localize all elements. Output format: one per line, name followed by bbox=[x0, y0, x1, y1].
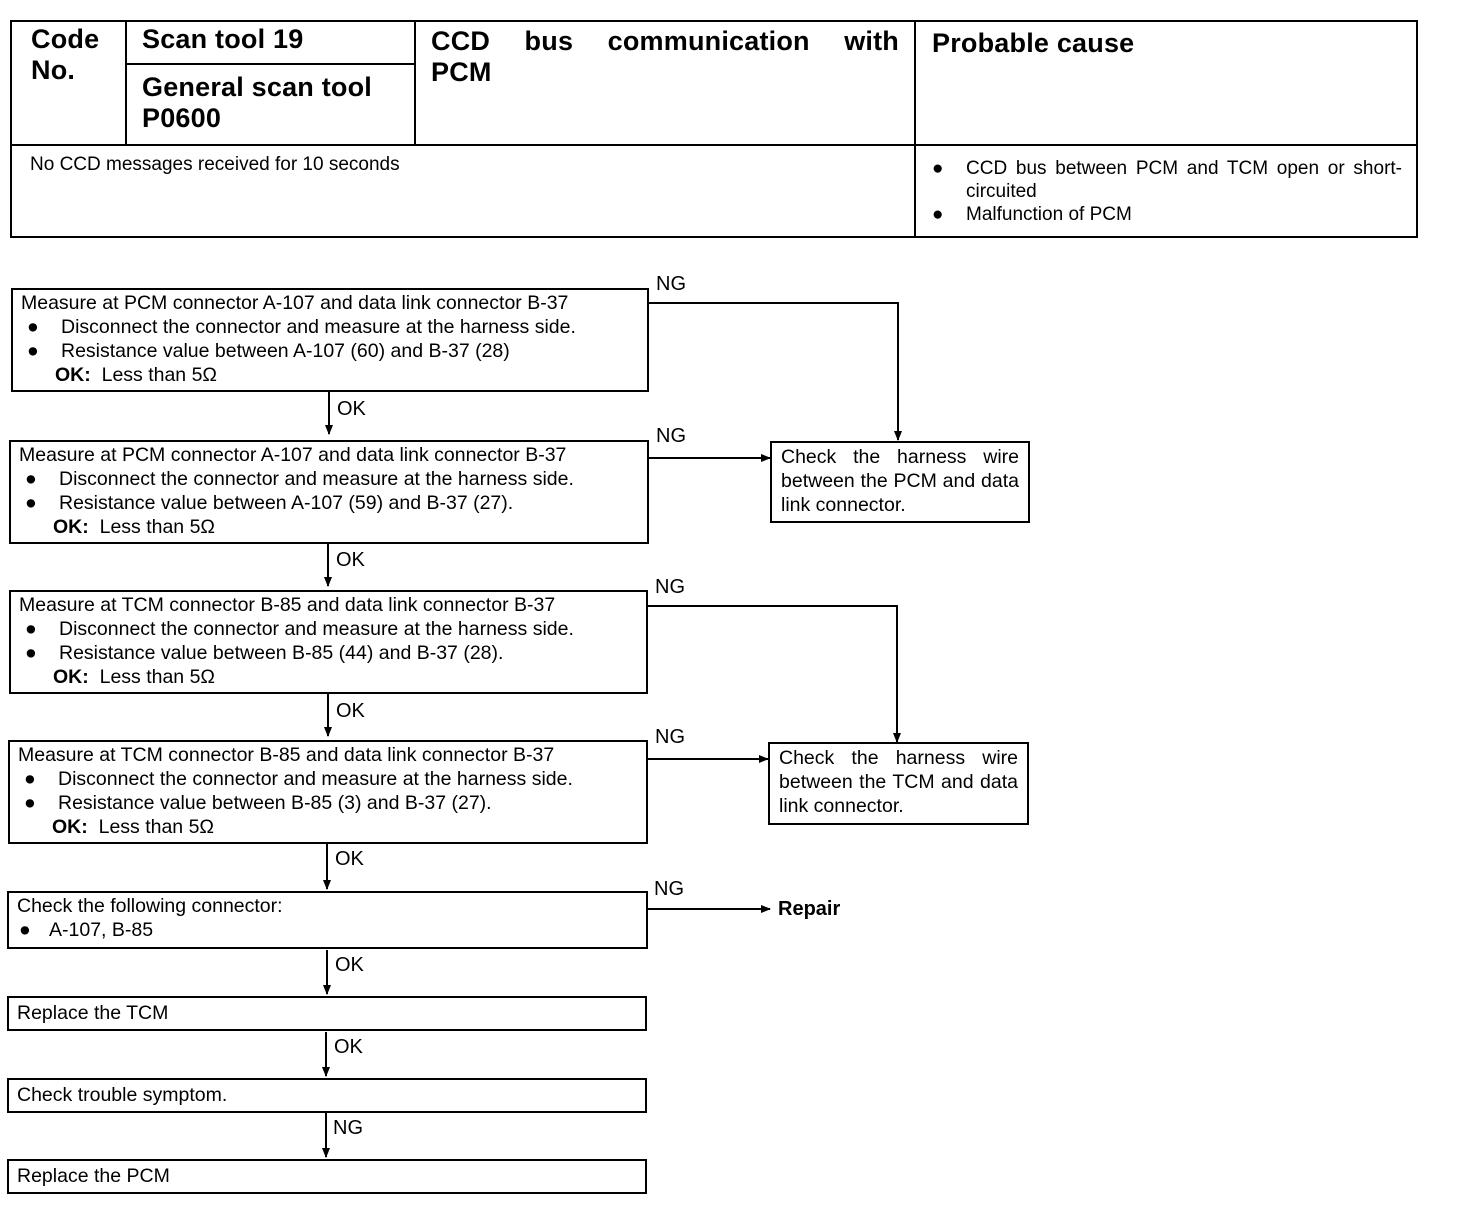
ok-criteria-value: Less than 5Ω bbox=[100, 666, 215, 688]
ng-branch-label: NG bbox=[656, 425, 686, 447]
ok-criteria-label: OK: bbox=[52, 816, 88, 838]
step-title: Check the following connector: bbox=[17, 894, 638, 918]
bullet-icon: ● bbox=[19, 617, 59, 641]
bullet-icon: ● bbox=[21, 315, 61, 339]
flow-step-4: Measure at TCM connector B-85 and data l… bbox=[8, 740, 648, 844]
flow-step-5: Check the following connector: ●A-107, B… bbox=[7, 891, 648, 949]
ok-branch-label: OK bbox=[334, 1036, 363, 1058]
step-bullet: Disconnect the connector and measure at … bbox=[61, 315, 576, 339]
step-title: Measure at TCM connector B-85 and data l… bbox=[19, 593, 638, 617]
step-bullet: A-107, B-85 bbox=[49, 918, 153, 942]
flow-step-1: Measure at PCM connector A-107 and data … bbox=[11, 288, 649, 392]
flow-step-replace-tcm: Replace the TCM bbox=[7, 996, 647, 1031]
bullet-icon: ● bbox=[18, 791, 58, 815]
step-bullet: Disconnect the connector and measure at … bbox=[58, 767, 573, 791]
flow-step-replace-pcm: Replace the PCM bbox=[7, 1159, 647, 1194]
step-bullet: Disconnect the connector and measure at … bbox=[59, 617, 574, 641]
step-title: Replace the TCM bbox=[17, 1001, 637, 1025]
flow-step-3: Measure at TCM connector B-85 and data l… bbox=[9, 590, 648, 694]
step-bullet: Resistance value between B-85 (3) and B-… bbox=[58, 791, 492, 815]
step-title: Measure at TCM connector B-85 and data l… bbox=[18, 743, 638, 767]
ok-branch-label: OK bbox=[335, 954, 364, 976]
ok-criteria-label: OK: bbox=[55, 364, 91, 386]
bullet-icon: ● bbox=[17, 918, 49, 942]
bullet-icon: ● bbox=[19, 491, 59, 515]
result-repair: Repair bbox=[778, 898, 840, 920]
step-bullet: Resistance value between A-107 (60) and … bbox=[61, 339, 510, 363]
flow-step-2: Measure at PCM connector A-107 and data … bbox=[9, 440, 649, 544]
ng-branch-label: NG bbox=[656, 273, 686, 295]
step-bullet: Disconnect the connector and measure at … bbox=[59, 467, 574, 491]
ok-criteria-value: Less than 5Ω bbox=[100, 516, 215, 538]
ok-branch-label: OK bbox=[335, 848, 364, 870]
flow-step-check-symptom: Check trouble symptom. bbox=[7, 1078, 647, 1113]
result-check-pcm-harness: Check the harness wire between the PCM a… bbox=[770, 441, 1030, 523]
ng-branch-label: NG bbox=[333, 1117, 363, 1139]
ok-branch-label: OK bbox=[337, 398, 366, 420]
step-bullet: Resistance value between A-107 (59) and … bbox=[59, 491, 513, 515]
step-title: Check trouble symptom. bbox=[17, 1083, 637, 1107]
ok-branch-label: OK bbox=[336, 700, 365, 722]
step-bullet: Resistance value between B-85 (44) and B… bbox=[59, 641, 503, 665]
ng-branch-label: NG bbox=[655, 726, 685, 748]
step-title: Measure at PCM connector A-107 and data … bbox=[19, 443, 639, 467]
ok-criteria-value: Less than 5Ω bbox=[102, 364, 217, 386]
step-title: Measure at PCM connector A-107 and data … bbox=[21, 291, 639, 315]
ok-criteria-label: OK: bbox=[53, 666, 89, 688]
bullet-icon: ● bbox=[19, 467, 59, 491]
ok-criteria-value: Less than 5Ω bbox=[99, 816, 214, 838]
bullet-icon: ● bbox=[18, 767, 58, 791]
ng-branch-label: NG bbox=[655, 576, 685, 598]
ok-branch-label: OK bbox=[336, 549, 365, 571]
step-title: Replace the PCM bbox=[17, 1164, 637, 1188]
bullet-icon: ● bbox=[21, 339, 61, 363]
ok-criteria-label: OK: bbox=[53, 516, 89, 538]
ng-branch-label: NG bbox=[654, 878, 684, 900]
result-check-tcm-harness: Check the harness wire between the TCM a… bbox=[768, 742, 1029, 825]
bullet-icon: ● bbox=[19, 641, 59, 665]
